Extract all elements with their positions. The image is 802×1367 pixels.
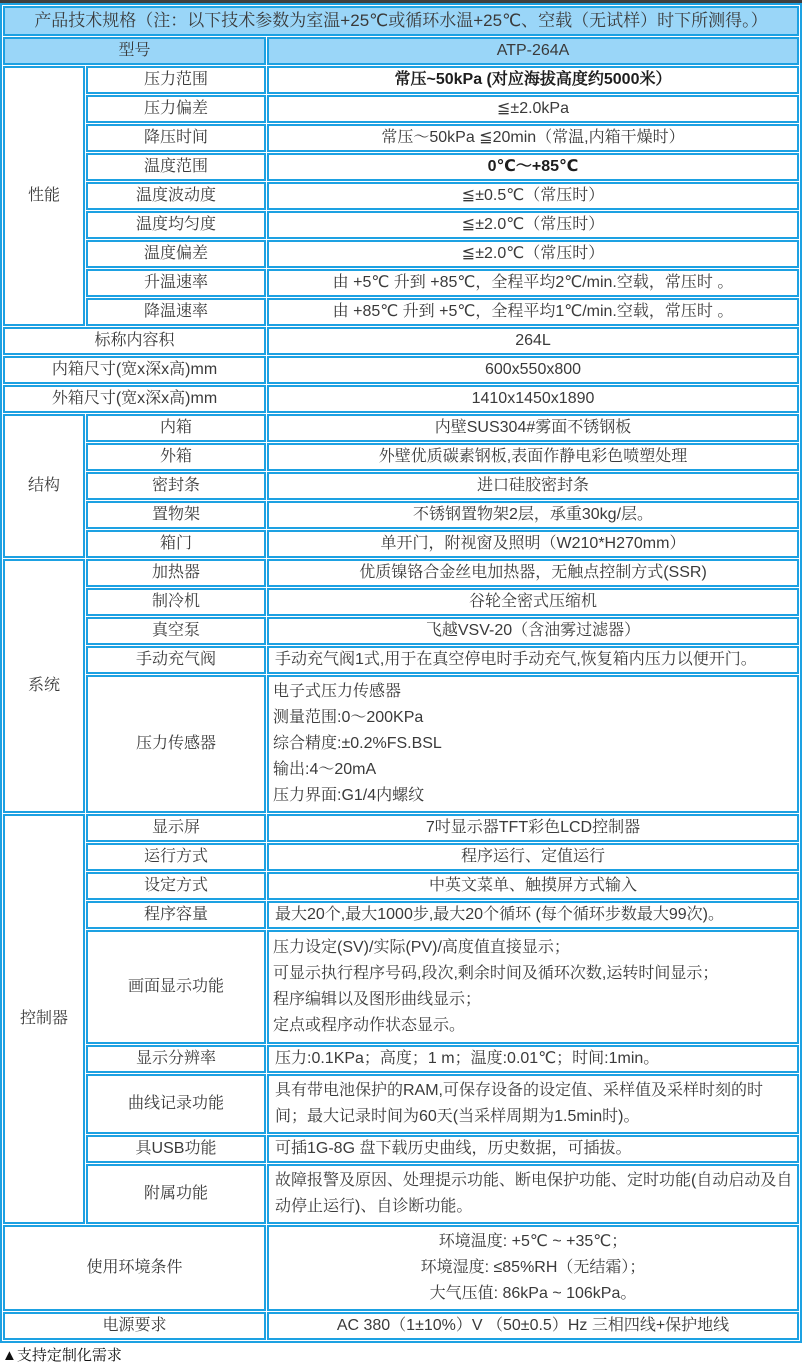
sensor-line: 压力界面:G1/4内螺纹: [273, 783, 793, 809]
row-value: 264L: [267, 327, 799, 355]
row-label: 标称内容积: [3, 327, 266, 355]
row-label: 温度偏差: [86, 240, 266, 268]
row-value: 0℃～+85℃: [267, 153, 799, 181]
row-label: 内箱尺寸(宽x深x高)mm: [3, 356, 266, 384]
table-row: 外箱 外壁优质碳素钢板,表面作静电彩色喷塑处理: [3, 443, 799, 471]
row-label: 附属功能: [86, 1164, 266, 1224]
row-value: 7吋显示器TFT彩色LCD控制器: [267, 814, 799, 842]
table-row: 外箱尺寸(宽x深x高)mm 1410x1450x1890: [3, 385, 799, 413]
row-label: 箱门: [86, 530, 266, 558]
customization-footnote: ▲支持定制化需求: [0, 1343, 802, 1367]
table-row: 型号 ATP-264A: [3, 37, 799, 65]
row-label: 显示分辨率: [86, 1045, 266, 1073]
row-label: 运行方式: [86, 843, 266, 871]
table-row: 设定方式 中英文菜单、触摸屏方式输入: [3, 872, 799, 900]
row-label: 设定方式: [86, 872, 266, 900]
table-row: 内箱尺寸(宽x深x高)mm 600x550x800: [3, 356, 799, 384]
row-label: 降压时间: [86, 124, 266, 152]
row-value: 常压～50kPa ≦20min（常温,内箱干燥时）: [267, 124, 799, 152]
row-label: 内箱: [86, 414, 266, 442]
row-label: 手动充气阀: [86, 646, 266, 674]
table-row: 手动充气阀 手动充气阀1式,用于在真空停电时手动充气,恢复箱内压力以便开门。: [3, 646, 799, 674]
table-row: 真空泵 飞越VSV-20（含油雾过滤器）: [3, 617, 799, 645]
row-label: 压力偏差: [86, 95, 266, 123]
row-value: ≦±2.0kPa: [267, 95, 799, 123]
table-row: 温度波动度 ≦±0.5℃（常压时）: [3, 182, 799, 210]
row-value: 具有带电池保护的RAM,可保存设备的设定值、采样值及采样时刻的时间；最大记录时间…: [267, 1074, 799, 1134]
sensor-line: 电子式压力传感器: [273, 679, 793, 705]
table-row: 压力传感器 电子式压力传感器 测量范围:0〜200KPa 综合精度:±0.2%F…: [3, 675, 799, 813]
row-value: 优质镍铬合金丝电加热器，无触点控制方式(SSR): [267, 559, 799, 587]
row-label: 外箱: [86, 443, 266, 471]
table-row: 系统 加热器 优质镍铬合金丝电加热器，无触点控制方式(SSR): [3, 559, 799, 587]
row-value: 压力:0.1KPa；高度；1 m；温度:0.01℃；时间:1min。: [267, 1045, 799, 1073]
row-label: 程序容量: [86, 901, 266, 929]
table-row: 温度偏差 ≦±2.0℃（常压时）: [3, 240, 799, 268]
table-row: 附属功能 故障报警及原因、处理提示功能、断电保护功能、定时功能(自动启动及自动停…: [3, 1164, 799, 1224]
table-row: 控制器 显示屏 7吋显示器TFT彩色LCD控制器: [3, 814, 799, 842]
table-row: 性能 压力范围 常压~50kPa (对应海拔高度约5000米）: [3, 66, 799, 94]
table-row: 具USB功能 可插1G-8G 盘下载历史曲线，历史数据，可插拔。: [3, 1135, 799, 1163]
category-system: 系统: [3, 559, 85, 813]
category-performance: 性能: [3, 66, 85, 326]
row-value: 不锈钢置物架2层，承重30kg/层。: [267, 501, 799, 529]
row-label: 电源要求: [3, 1312, 266, 1340]
table-row: 密封条 进口硅胶密封条: [3, 472, 799, 500]
model-label: 型号: [3, 37, 266, 65]
table-row: 产品技术规格（注：以下技术参数为室温+25℃或循环水温+25℃、空载（无试样）时…: [3, 6, 799, 36]
row-value: 单开门，附视窗及照明（W210*H270mm）: [267, 530, 799, 558]
row-label: 温度波动度: [86, 182, 266, 210]
environment-line: 大气压值: 86kPa ~ 106kPa。: [273, 1281, 793, 1307]
environment-details: 环境温度: +5℃ ~ +35℃； 环境湿度: ≤85%RH（无结霜）； 大气压…: [267, 1225, 799, 1311]
row-label: 温度均匀度: [86, 211, 266, 239]
table-row: 显示分辨率 压力:0.1KPa；高度；1 m；温度:0.01℃；时间:1min。: [3, 1045, 799, 1073]
row-label: 压力传感器: [86, 675, 266, 813]
screen-function-line: 可显示执行程序号码,段次,剩余时间及循环次数,运转时间显示；: [273, 961, 793, 987]
table-row: 使用环境条件 环境温度: +5℃ ~ +35℃； 环境湿度: ≤85%RH（无结…: [3, 1225, 799, 1311]
row-label: 显示屏: [86, 814, 266, 842]
table-row: 曲线记录功能 具有带电池保护的RAM,可保存设备的设定值、采样值及采样时刻的时间…: [3, 1074, 799, 1134]
row-value: ≦±0.5℃（常压时）: [267, 182, 799, 210]
row-label: 画面显示功能: [86, 930, 266, 1044]
row-label: 制冷机: [86, 588, 266, 616]
row-value: 谷轮全密式压缩机: [267, 588, 799, 616]
row-label: 降温速率: [86, 298, 266, 326]
row-label: 温度范围: [86, 153, 266, 181]
screen-functions-details: 压力设定(SV)/实际(PV)/高度值直接显示； 可显示执行程序号码,段次,剩余…: [267, 930, 799, 1044]
row-value: 程序运行、定值运行: [267, 843, 799, 871]
table-row: 温度均匀度 ≦±2.0℃（常压时）: [3, 211, 799, 239]
row-label: 具USB功能: [86, 1135, 266, 1163]
row-label: 曲线记录功能: [86, 1074, 266, 1134]
table-row: 标称内容积 264L: [3, 327, 799, 355]
table-row: 压力偏差 ≦±2.0kPa: [3, 95, 799, 123]
table-row: 制冷机 谷轮全密式压缩机: [3, 588, 799, 616]
table-row: 降压时间 常压～50kPa ≦20min（常温,内箱干燥时）: [3, 124, 799, 152]
row-label: 升温速率: [86, 269, 266, 297]
table-title: 产品技术规格（注：以下技术参数为室温+25℃或循环水温+25℃、空载（无试样）时…: [3, 6, 799, 36]
screen-function-line: 定点或程序动作状态显示。: [273, 1013, 793, 1039]
row-value: 常压~50kPa (对应海拔高度约5000米）: [267, 66, 799, 94]
environment-line: 环境湿度: ≤85%RH（无结霜）；: [273, 1255, 793, 1281]
table-row: 置物架 不锈钢置物架2层，承重30kg/层。: [3, 501, 799, 529]
row-value: 最大20个,最大1000步,最大20个循环 (每个循环步数最大99次)。: [267, 901, 799, 929]
row-label: 真空泵: [86, 617, 266, 645]
row-label: 加热器: [86, 559, 266, 587]
row-value: 可插1G-8G 盘下载历史曲线，历史数据，可插拔。: [267, 1135, 799, 1163]
pressure-sensor-details: 电子式压力传感器 测量范围:0〜200KPa 综合精度:±0.2%FS.BSL …: [267, 675, 799, 813]
row-value: 内壁SUS304#雾面不锈钢板: [267, 414, 799, 442]
row-value: 600x550x800: [267, 356, 799, 384]
row-value: 外壁优质碳素钢板,表面作静电彩色喷塑处理: [267, 443, 799, 471]
table-row: 降温速率 由 +85℃ 升到 +5℃，全程平均1℃/min.空载，常压时 。: [3, 298, 799, 326]
table-row: 程序容量 最大20个,最大1000步,最大20个循环 (每个循环步数最大99次)…: [3, 901, 799, 929]
row-value: 由 +5℃ 升到 +85℃，全程平均2℃/min.空载，常压时 。: [267, 269, 799, 297]
row-value: 故障报警及原因、处理提示功能、断电保护功能、定时功能(自动启动及自动停止运行)、…: [267, 1164, 799, 1224]
row-label: 使用环境条件: [3, 1225, 266, 1311]
category-controller: 控制器: [3, 814, 85, 1224]
table-row: 温度范围 0℃～+85℃: [3, 153, 799, 181]
table-row: 电源要求 AC 380（1±10%）V （50±0.5）Hz 三相四线+保护地线: [3, 1312, 799, 1340]
environment-line: 环境温度: +5℃ ~ +35℃；: [273, 1229, 793, 1255]
row-value: 飞越VSV-20（含油雾过滤器）: [267, 617, 799, 645]
row-value: AC 380（1±10%）V （50±0.5）Hz 三相四线+保护地线: [267, 1312, 799, 1340]
row-value: ≦±2.0℃（常压时）: [267, 240, 799, 268]
row-value: 进口硅胶密封条: [267, 472, 799, 500]
table-row: 箱门 单开门，附视窗及照明（W210*H270mm）: [3, 530, 799, 558]
sensor-line: 综合精度:±0.2%FS.BSL: [273, 731, 793, 757]
row-label: 压力范围: [86, 66, 266, 94]
screen-function-line: 压力设定(SV)/实际(PV)/高度值直接显示；: [273, 935, 793, 961]
table-row: 升温速率 由 +5℃ 升到 +85℃，全程平均2℃/min.空载，常压时 。: [3, 269, 799, 297]
row-label: 置物架: [86, 501, 266, 529]
table-row: 画面显示功能 压力设定(SV)/实际(PV)/高度值直接显示； 可显示执行程序号…: [3, 930, 799, 1044]
table-row: 运行方式 程序运行、定值运行: [3, 843, 799, 871]
row-label: 密封条: [86, 472, 266, 500]
row-value: 中英文菜单、触摸屏方式输入: [267, 872, 799, 900]
row-value: 由 +85℃ 升到 +5℃，全程平均1℃/min.空载，常压时 。: [267, 298, 799, 326]
row-value: 手动充气阀1式,用于在真空停电时手动充气,恢复箱内压力以便开门。: [267, 646, 799, 674]
row-value: ≦±2.0℃（常压时）: [267, 211, 799, 239]
category-structure: 结构: [3, 414, 85, 558]
row-value: 1410x1450x1890: [267, 385, 799, 413]
spec-table: 产品技术规格（注：以下技术参数为室温+25℃或循环水温+25℃、空载（无试样）时…: [0, 3, 802, 1343]
screen-function-line: 程序编辑以及图形曲线显示；: [273, 987, 793, 1013]
sensor-line: 测量范围:0〜200KPa: [273, 705, 793, 731]
model-value: ATP-264A: [267, 37, 799, 65]
row-label: 外箱尺寸(宽x深x高)mm: [3, 385, 266, 413]
table-row: 结构 内箱 内壁SUS304#雾面不锈钢板: [3, 414, 799, 442]
sensor-line: 输出:4〜20mA: [273, 757, 793, 783]
